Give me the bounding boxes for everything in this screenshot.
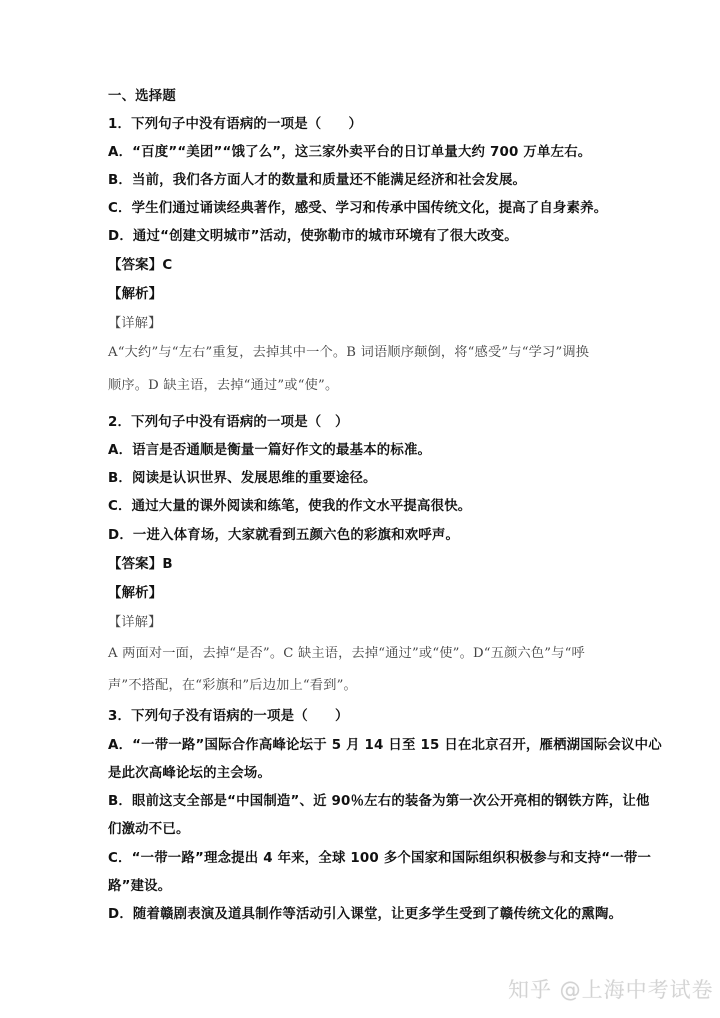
- question-1-stem: 1．下列句子中没有语病的一项是（ ）: [108, 116, 362, 134]
- question-1-option-a: A．“百度”“美团”“饿了么”，这三家外卖平台的日订单量大约 700 万单左右。: [108, 144, 591, 162]
- question-3-option-a-line-2: 是此次高峰论坛的主会场。: [108, 765, 271, 783]
- question-1-detail-label: 【详解】: [108, 315, 162, 333]
- question-2-answer: 【答案】B: [108, 556, 173, 574]
- question-3-option-a-line-1: A．“一带一路”国际合作高峰论坛于 5 月 14 日至 15 日在北京召开，雁栖…: [108, 737, 662, 755]
- question-1-answer: 【答案】C: [108, 257, 172, 275]
- question-1-option-d: D．通过“创建文明城市”活动，使弥勒市的城市环境有了很大改变。: [108, 228, 518, 246]
- question-3-option-b-line-1: B．眼前这支全部是“中国制造”、近 90％左右的装备为第一次公开亮相的钢铁方阵，…: [108, 793, 650, 811]
- question-3-option-b-line-2: 们激动不已。: [108, 821, 190, 839]
- question-3-option-c-line-1: C．“一带一路”理念提出 4 年来，全球 100 多个国家和国际组织积极参与和支…: [108, 850, 651, 868]
- section-title: 一、选择题: [108, 88, 176, 106]
- question-2-stem: 2．下列句子中没有语病的一项是（ ）: [108, 414, 349, 432]
- question-1-analysis-label: 【解析】: [108, 286, 162, 304]
- question-1-explanation-line-1: A“大约”与“左右”重复，去掉其中一个。B 词语顺序颠倒，将“感受”与“学习”调…: [108, 344, 589, 362]
- exam-page: 一、选择题 1．下列句子中没有语病的一项是（ ） A．“百度”“美团”“饿了么”…: [0, 0, 720, 1018]
- question-3-option-c-line-2: 路”建设。: [108, 878, 171, 896]
- question-3-option-d: D．随着赣剧表演及道具制作等活动引入课堂，让更多学生受到了赣传统文化的熏陶。: [108, 906, 622, 924]
- question-1-explanation-line-2: 顺序。D 缺主语，去掉“通过”或“使”。: [108, 377, 338, 395]
- question-2-option-a: A．语言是否通顺是衡量一篇好作文的最基本的标准。: [108, 442, 431, 460]
- question-2-option-c: C．通过大量的课外阅读和练笔，使我的作文水平提高很快。: [108, 498, 471, 516]
- question-2-explanation-line-1: A 两面对一面，去掉“是否”。C 缺主语，去掉“通过”或“使”。D“五颜六色”与…: [108, 645, 585, 663]
- question-2-option-d: D．一进入体育场，大家就看到五颜六色的彩旗和欢呼声。: [108, 527, 459, 545]
- question-2-analysis-label: 【解析】: [108, 585, 162, 603]
- question-1-option-b: B．当前，我们各方面人才的数量和质量还不能满足经济和社会发展。: [108, 172, 526, 190]
- question-1-option-c: C．学生们通过诵读经典著作，感受、学习和传承中国传统文化，提高了自身素养。: [108, 200, 607, 218]
- question-2-explanation-line-2: 声”不搭配，在“彩旗和”后边加上“看到”。: [108, 677, 357, 695]
- question-3-stem: 3．下列句子没有语病的一项是（ ）: [108, 708, 349, 726]
- question-2-option-b: B．阅读是认识世界、发展思维的重要途径。: [108, 470, 377, 488]
- question-2-detail-label: 【详解】: [108, 614, 162, 632]
- zhihu-watermark: 知乎 @上海中考试卷: [508, 974, 714, 1004]
